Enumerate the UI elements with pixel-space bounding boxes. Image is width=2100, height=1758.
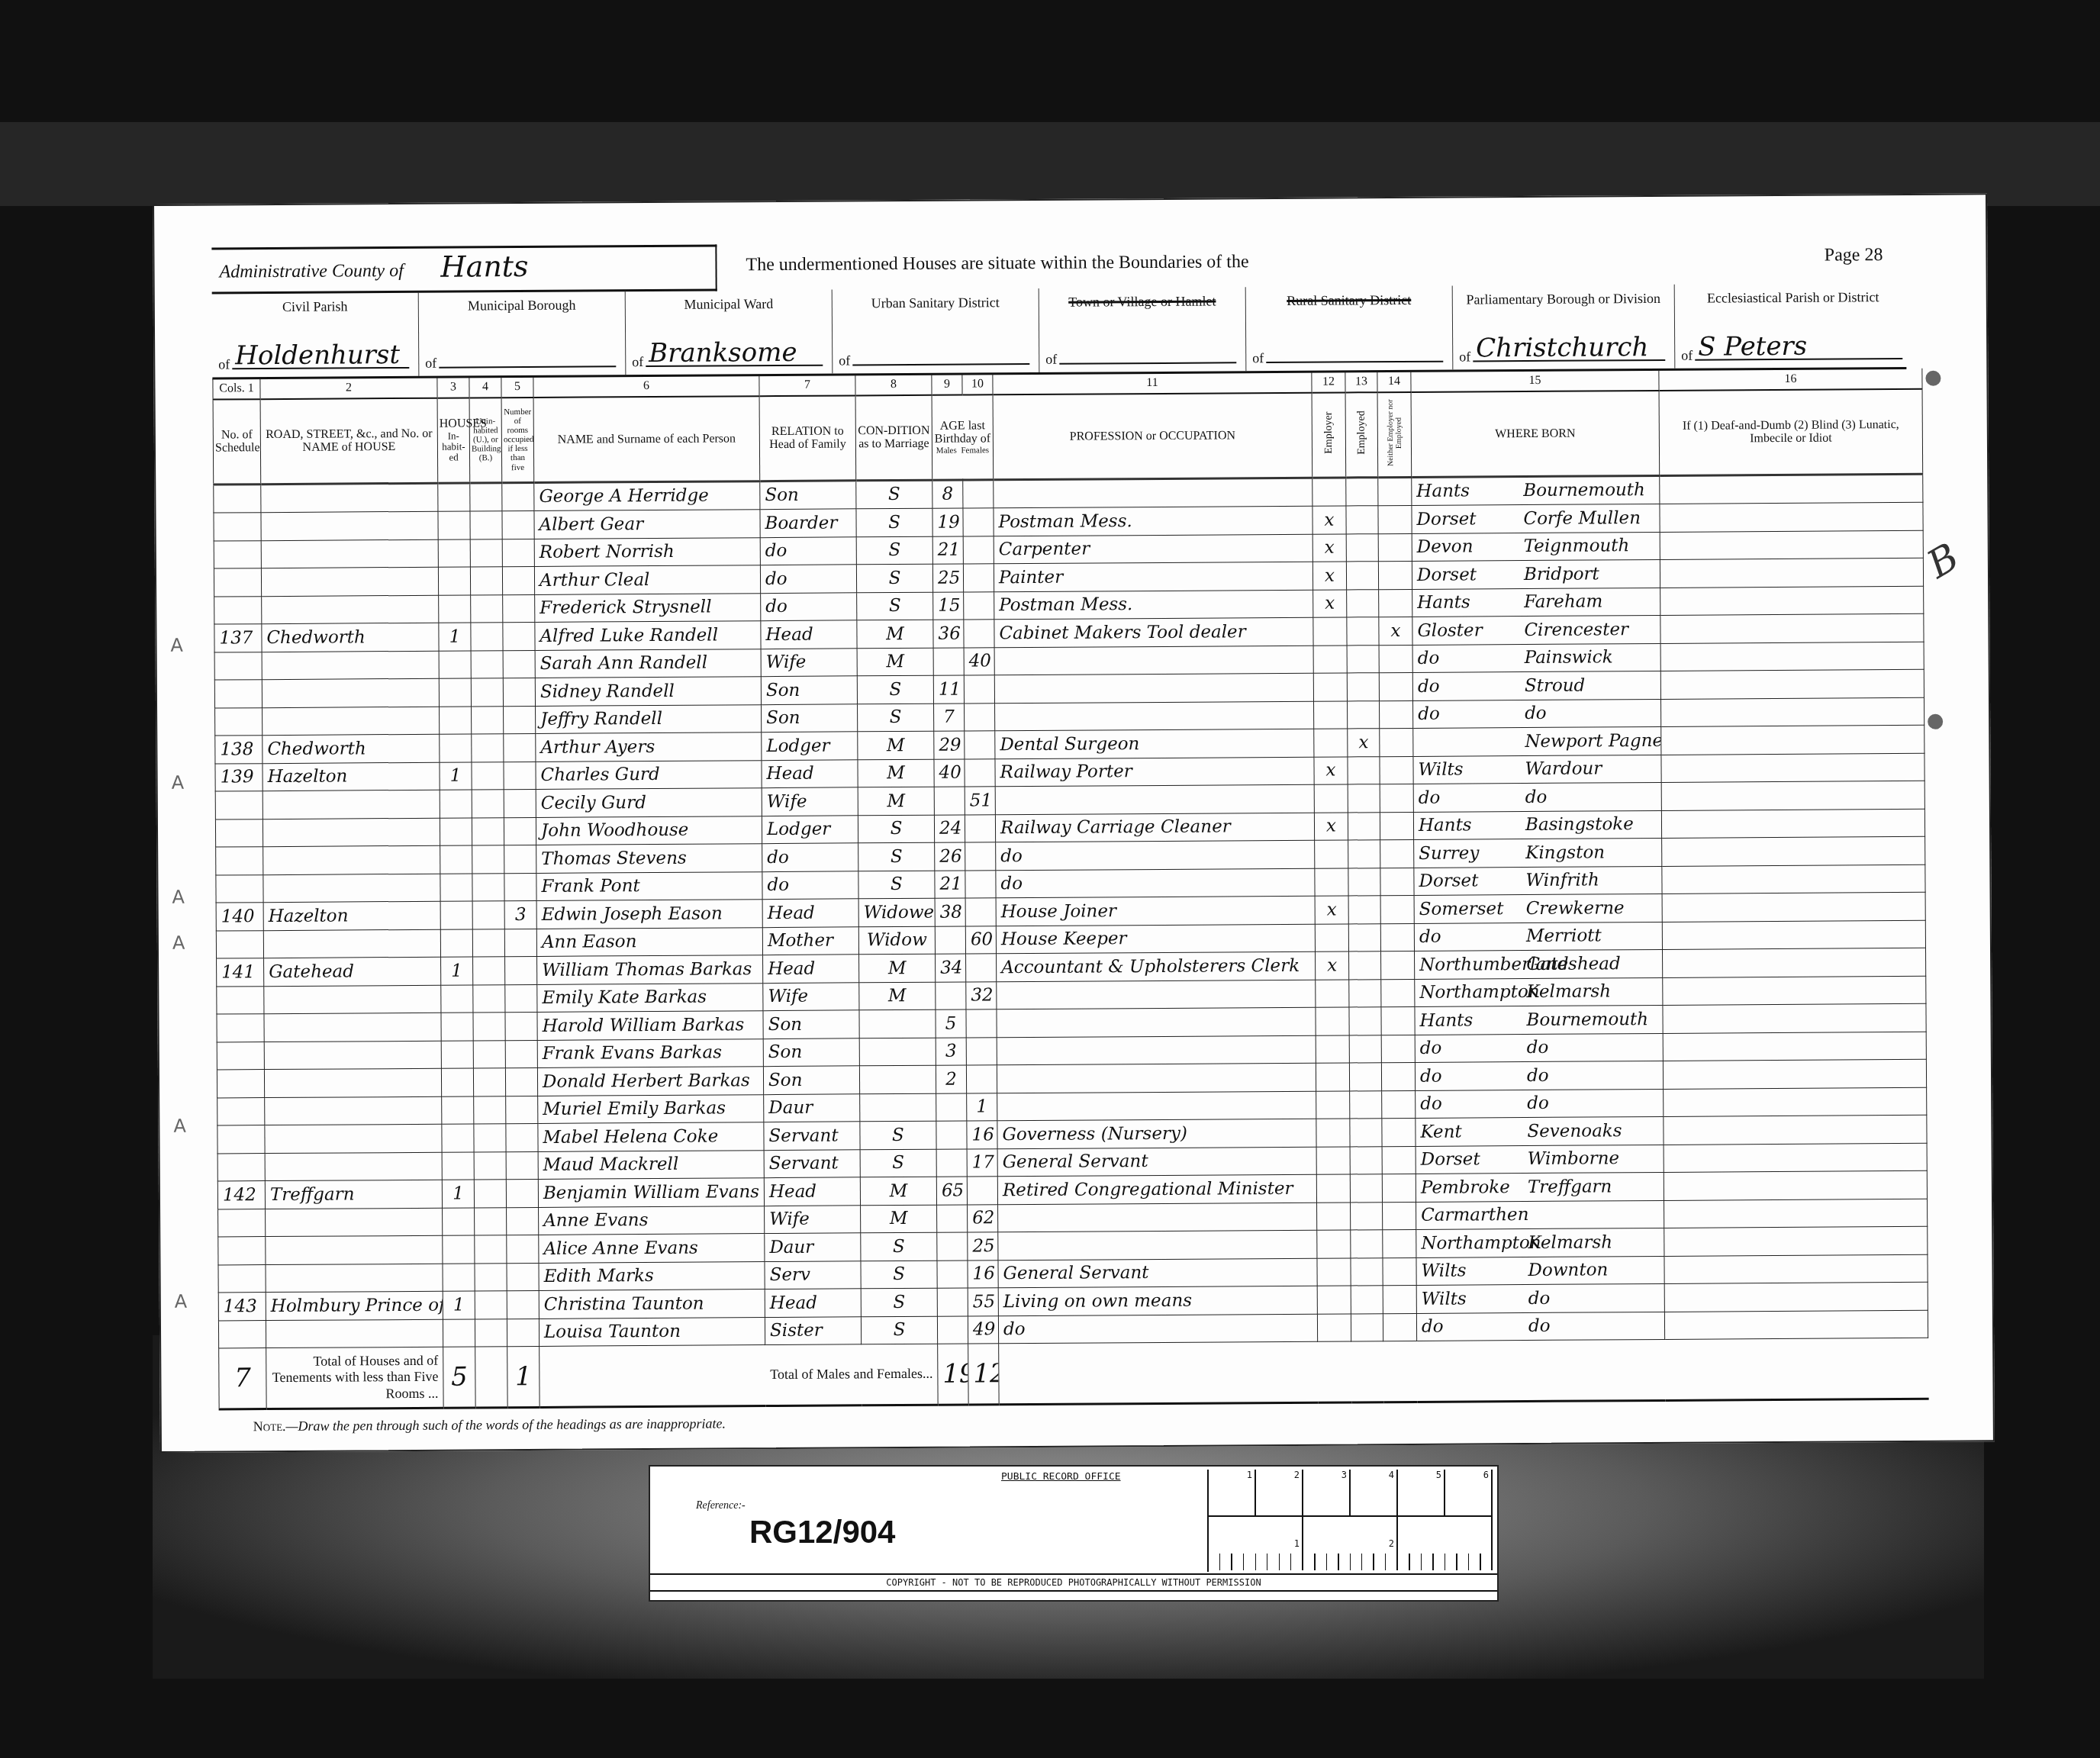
cell-address: Chedworth	[262, 623, 439, 652]
cell-rooms	[502, 567, 534, 595]
column-number: 10	[962, 374, 993, 394]
cell-relation: Wife	[763, 982, 859, 1010]
form-header: Administrative County of Hants The under…	[211, 237, 1905, 290]
cell-relation: Mother	[762, 926, 858, 955]
cell-infirmity	[1662, 920, 1925, 950]
cell-where-born: PembrokeTreffgarn	[1416, 1173, 1664, 1202]
cell-neither	[1381, 951, 1415, 980]
cell-uninhabited	[475, 1263, 507, 1291]
cell-where-born: dodo	[1413, 699, 1661, 728]
margin-mark: A	[170, 635, 183, 656]
cell-rooms	[503, 650, 535, 678]
cell-employer	[1314, 701, 1348, 729]
cell-occupation: Railway Carriage Cleaner	[995, 813, 1314, 842]
ruler-mark	[1398, 1517, 1493, 1570]
census-sheet: Administrative County of Hants The under…	[153, 193, 1995, 1453]
heading-road: ROAD, STREET, &c., and No. or NAME of HO…	[260, 398, 438, 485]
cell-employed: x	[1348, 729, 1380, 757]
cell-name: Sidney Randell	[535, 677, 761, 706]
cell-rooms	[507, 1207, 539, 1235]
cell-neither	[1382, 1090, 1416, 1119]
born-place: Cirencester	[1524, 620, 1628, 640]
cell-relation: Son	[763, 1038, 859, 1066]
cell-occupation	[997, 1007, 1316, 1037]
cell-male-age: 29	[934, 731, 965, 759]
cell-schedule: 139	[215, 763, 262, 791]
cell-condition: S	[856, 536, 932, 565]
cell-address	[262, 595, 439, 624]
born-county: Hants	[1416, 481, 1523, 501]
cell-female-age: 51	[965, 787, 995, 815]
cell-employed	[1348, 812, 1380, 840]
cell-address	[264, 1041, 441, 1070]
cell-occupation	[997, 980, 1316, 1009]
cell-infirmity	[1661, 753, 1924, 783]
cell-name: Robert Norrish	[534, 537, 760, 566]
cell-rooms	[503, 594, 535, 623]
cell-infirmity	[1664, 1199, 1928, 1228]
cell-female-age	[966, 954, 997, 982]
cell-schedule	[217, 1014, 264, 1042]
cell-infirmity	[1662, 836, 1925, 866]
cell-employer	[1314, 784, 1348, 813]
cell-inhabited	[439, 595, 471, 623]
cell-relation: Daur	[764, 1093, 860, 1122]
born-place: do	[1527, 1066, 1549, 1086]
cell-where-born: DevonTeignmouth	[1412, 532, 1660, 561]
cell-condition: S	[857, 592, 933, 620]
cell-name: George A Herridge	[534, 481, 760, 510]
district-label: Town or Village or Hamlet	[1039, 287, 1245, 310]
cell-schedule: 141	[217, 958, 264, 987]
cell-address	[264, 985, 441, 1014]
cell-condition: M	[859, 982, 936, 1010]
column-number: 13	[1345, 372, 1377, 392]
cell-rooms	[503, 623, 535, 651]
cell-neither	[1380, 868, 1414, 896]
cell-where-born: WiltsDownton	[1416, 1256, 1664, 1285]
ruler-mark: 3	[1303, 1470, 1351, 1515]
cell-female-age: 17	[967, 1148, 997, 1177]
cell-employer	[1316, 1007, 1349, 1035]
cell-female-age: 40	[964, 647, 994, 675]
cell-uninhabited	[472, 790, 504, 818]
cell-relation: Son	[763, 1010, 859, 1038]
cell-name: Harold William Barkas	[537, 1011, 763, 1040]
cell-female-age	[963, 508, 994, 536]
born-place: do	[1527, 1093, 1549, 1113]
cell-address: Gatehead	[264, 957, 441, 986]
cell-neither: x	[1379, 617, 1412, 646]
cell-address	[266, 1208, 443, 1237]
heading-rooms: Number of rooms occupied if less than fi…	[501, 398, 534, 482]
cell-rooms	[504, 790, 536, 818]
cell-employer	[1314, 729, 1348, 757]
cell-employer: x	[1312, 506, 1346, 534]
cell-inhabited	[440, 707, 472, 735]
cell-inhabited	[438, 539, 470, 568]
cell-neither	[1378, 533, 1412, 562]
cell-male-age	[937, 1316, 968, 1344]
cell-rooms	[506, 1151, 538, 1180]
cell-employer	[1313, 673, 1347, 701]
cell-occupation: Painter	[994, 562, 1312, 591]
heading-employed: Employed	[1345, 392, 1378, 477]
district-value: S Peters	[1698, 331, 1807, 362]
cell-relation: Head	[762, 899, 858, 927]
cell-name: Frank Pont	[536, 871, 762, 900]
born-county: do	[1419, 926, 1526, 947]
cell-relation: Sister	[765, 1316, 861, 1344]
cell-neither	[1383, 1202, 1416, 1230]
cell-schedule	[217, 1097, 265, 1125]
total-schedules: 7	[219, 1348, 266, 1409]
cell-inhabited	[443, 1264, 475, 1292]
cell-uninhabited	[470, 482, 502, 511]
cell-infirmity	[1664, 1310, 1928, 1340]
cell-name: William Thomas Barkas	[537, 955, 763, 984]
cell-relation: Wife	[765, 1205, 861, 1233]
cell-neither	[1380, 756, 1413, 784]
film-background-band	[0, 122, 2100, 206]
cell-name: Frederick Strysnell	[535, 593, 761, 622]
heading-age-label: AGE last Birthday of	[934, 419, 991, 446]
district-value: Holdenhurst	[235, 340, 400, 371]
cell-schedule	[218, 1264, 266, 1293]
cell-female-age	[964, 591, 994, 620]
district-of-label: of	[218, 356, 230, 372]
binding-hole-icon	[1928, 714, 1943, 729]
cell-inhabited	[442, 1096, 474, 1125]
cell-condition: S	[861, 1316, 937, 1344]
cell-employed	[1346, 533, 1378, 562]
cell-employed	[1348, 868, 1380, 896]
cell-infirmity	[1660, 530, 1923, 560]
cell-inhabited: 1	[442, 1180, 474, 1208]
heading-infirmity: If (1) Deaf-and-Dumb (2) Blind (3) Lunat…	[1659, 389, 1923, 475]
cell-female-age	[963, 479, 994, 508]
margin-mark: A	[172, 772, 185, 794]
cell-male-age: 2	[936, 1065, 966, 1093]
cell-occupation: Living on own means	[998, 1286, 1317, 1315]
born-county: Dorset	[1421, 1149, 1528, 1170]
cell-infirmity	[1660, 558, 1923, 588]
cell-where-born: dodo	[1416, 1312, 1664, 1341]
born-place: Treffgarn	[1528, 1177, 1612, 1197]
cell-rooms	[507, 1291, 539, 1319]
born-place: Fareham	[1524, 592, 1602, 613]
heading-houses: HOUSES	[440, 417, 468, 431]
born-place: Bournemouth	[1523, 480, 1645, 501]
cell-where-born: dodo	[1413, 783, 1661, 812]
cell-employed	[1349, 951, 1381, 980]
cell-condition: S	[861, 1288, 937, 1316]
note-prefix: Note.	[253, 1418, 286, 1434]
cell-address	[264, 1013, 441, 1042]
cell-rooms	[506, 1180, 538, 1208]
cell-male-age: 26	[935, 842, 965, 871]
cell-uninhabited	[473, 957, 505, 985]
cell-condition	[859, 1065, 936, 1093]
cell-name: Alice Anne Evans	[539, 1234, 765, 1263]
born-place: Wimborne	[1528, 1149, 1620, 1170]
cell-schedule: 137	[214, 624, 262, 652]
cell-infirmity	[1664, 1170, 1927, 1200]
cell-where-born: DorsetWinfrith	[1414, 866, 1662, 895]
ruler-mark: 1	[1209, 1470, 1256, 1515]
cell-infirmity	[1662, 865, 1925, 894]
cell-female-age	[966, 1065, 997, 1093]
heading-employer-label: Employer	[1322, 412, 1335, 454]
cell-rooms	[507, 1263, 539, 1291]
cell-condition: S	[856, 564, 932, 592]
cell-infirmity	[1660, 502, 1923, 532]
cell-name: Ann Eason	[536, 927, 762, 956]
cell-occupation: General Servant	[997, 1147, 1316, 1177]
heading-neither-label: Neither Employer nor Employed	[1386, 394, 1403, 471]
born-county: do	[1420, 1066, 1527, 1087]
cell-neither	[1383, 1257, 1416, 1286]
cell-rooms	[505, 1040, 537, 1068]
cell-infirmity	[1663, 1003, 1926, 1033]
cell-inhabited	[439, 651, 471, 679]
cell-infirmity	[1660, 697, 1924, 727]
cell-inhabited	[440, 901, 472, 929]
cell-uninhabited	[470, 511, 502, 539]
cell-schedule	[216, 930, 263, 958]
column-number: 8	[855, 375, 932, 396]
cell-name: Sarah Ann Randell	[535, 649, 761, 678]
heading-neither: Neither Employer nor Employed	[1377, 392, 1412, 477]
margin-mark: A	[173, 1116, 186, 1137]
born-place: do	[1525, 704, 1547, 723]
district-label: Municipal Ward	[626, 290, 832, 313]
cell-relation: do	[761, 592, 857, 620]
heading-inhabited-label: In-habit-ed	[440, 430, 468, 463]
district-town-or-village-or-hamlet: Town or Village or Hamlet of	[1039, 287, 1247, 372]
cell-schedule	[215, 819, 262, 847]
cell-name: Frank Evans Barkas	[537, 1038, 763, 1067]
total-inhabited: 5	[443, 1347, 475, 1408]
cell-employed	[1347, 617, 1379, 646]
total-persons-label: Total of Males and Females...	[539, 1344, 938, 1407]
cell-rooms	[504, 817, 536, 845]
cell-male-age	[937, 1261, 968, 1289]
column-number: 15	[1411, 370, 1659, 392]
cell-neither	[1380, 896, 1414, 924]
cell-condition: M	[857, 620, 933, 648]
born-place: do	[1528, 1316, 1551, 1336]
cell-inhabited	[441, 1041, 473, 1069]
cell-condition	[859, 1009, 936, 1038]
cell-condition: S	[860, 1149, 936, 1177]
born-county: Hants	[1419, 815, 1525, 836]
cell-occupation	[994, 646, 1313, 675]
pro-copyright-notice: COPYRIGHT - NOT TO BE REPRODUCED PHOTOGR…	[650, 1573, 1497, 1592]
heading-condition: CON-DITION as to Marriage	[855, 395, 932, 481]
cell-female-age	[966, 1037, 997, 1065]
district-line	[1266, 361, 1443, 363]
cell-employer: x	[1312, 562, 1346, 590]
born-county: Kent	[1420, 1122, 1527, 1142]
cell-employer: x	[1314, 757, 1348, 785]
cell-occupation: Dental Surgeon	[995, 729, 1314, 758]
cell-uninhabited	[470, 539, 502, 567]
district-ecclesiastical-parish-or-district: Ecclesiastical Parish or District of S P…	[1675, 283, 1912, 369]
cell-schedule	[217, 1042, 264, 1070]
cell-uninhabited	[473, 1013, 505, 1041]
born-place: do	[1525, 787, 1548, 807]
cell-male-age	[936, 982, 966, 1010]
cell-neither	[1381, 979, 1415, 1007]
cell-condition: M	[861, 1205, 937, 1233]
cell-inhabited	[440, 874, 472, 902]
cell-schedule: 138	[215, 736, 262, 764]
cell-rooms	[506, 1096, 538, 1124]
boundaries-text: The undermentioned Houses are situate wi…	[746, 252, 1248, 275]
district-label: Municipal Borough	[419, 291, 625, 314]
cell-male-age: 38	[935, 898, 965, 926]
cell-male-age: 7	[934, 704, 965, 732]
cell-schedule	[214, 513, 261, 541]
cell-where-born: dodo	[1416, 1089, 1664, 1118]
census-form: Administrative County of Hants The under…	[211, 237, 1912, 1393]
cell-inhabited: 1	[441, 957, 473, 985]
cell-relation: Wife	[761, 648, 857, 676]
cell-employed	[1350, 1090, 1382, 1119]
cell-employed	[1349, 1063, 1381, 1091]
note-text: —Draw the pen through such of the words …	[286, 1415, 726, 1434]
born-county: Carmarthen	[1421, 1205, 1528, 1225]
district-of-label: of	[632, 354, 643, 370]
cell-uninhabited	[472, 929, 504, 957]
cell-occupation: House Keeper	[996, 924, 1315, 954]
born-place: Kelmarsh	[1528, 1232, 1612, 1253]
cell-uninhabited	[475, 1207, 507, 1235]
cell-uninhabited	[474, 1180, 506, 1208]
cell-male-age: 15	[933, 592, 964, 620]
cell-inhabited	[438, 511, 470, 539]
born-place: Newport Pagnell	[1525, 731, 1661, 752]
cell-uninhabited	[472, 901, 504, 929]
born-place: Stroud	[1525, 675, 1586, 695]
cell-uninhabited	[472, 873, 504, 901]
cell-address	[265, 1152, 442, 1181]
cell-schedule: 140	[216, 903, 263, 931]
born-county: Hants	[1417, 592, 1524, 613]
cell-inhabited	[441, 1013, 473, 1041]
cell-address	[261, 511, 438, 540]
cell-address: Holmbury Prince of Wales Rd	[266, 1291, 443, 1320]
heading-inhabited: HOUSESIn-habit-ed	[437, 398, 470, 482]
district-municipal-ward: Municipal Ward of Branksome	[626, 290, 833, 375]
cell-address: Chedworth	[262, 734, 440, 763]
ruler-top-scale: 123456	[1209, 1470, 1493, 1517]
cell-inhabited	[440, 929, 472, 958]
cell-address	[266, 1235, 443, 1264]
cell-rooms	[505, 957, 537, 985]
cell-employer	[1313, 617, 1347, 646]
cell-rooms	[503, 678, 535, 707]
cell-occupation: do	[996, 868, 1315, 898]
cell-where-born: DorsetWimborne	[1416, 1145, 1664, 1174]
cell-infirmity	[1660, 613, 1924, 643]
cell-infirmity	[1663, 976, 1926, 1006]
census-table: Cols. 12345678910111213141516 No. of Sch…	[212, 369, 1928, 1411]
cell-employer	[1316, 1119, 1350, 1147]
cell-rooms	[507, 1318, 539, 1347]
cell-employer	[1317, 1258, 1351, 1286]
cell-male-age	[937, 1232, 968, 1261]
cell-employer	[1312, 478, 1346, 507]
cell-rooms	[505, 1068, 537, 1096]
born-county: do	[1418, 676, 1525, 697]
pro-reference-label: Reference:-	[696, 1500, 746, 1512]
district-municipal-borough: Municipal Borough of	[419, 291, 626, 376]
cell-name: Edith Marks	[539, 1261, 765, 1290]
cell-rooms	[505, 984, 537, 1013]
cell-where-born: NorthumberlandGateshead	[1415, 950, 1663, 979]
born-place: Painswick	[1525, 648, 1613, 668]
district-of-label: of	[1459, 349, 1470, 365]
cell-where-born: NorthamptonKelmarsh	[1416, 1228, 1664, 1257]
column-number: 14	[1377, 372, 1411, 392]
cell-relation: do	[760, 536, 856, 565]
cell-uninhabited	[472, 761, 504, 790]
born-place: do	[1527, 1038, 1549, 1058]
heading-occupation: PROFESSION or OCCUPATION	[993, 393, 1312, 480]
cell-rooms	[502, 539, 534, 567]
cell-infirmity	[1664, 1226, 1928, 1256]
cell-employer	[1316, 980, 1349, 1008]
cell-male-age: 21	[932, 536, 963, 565]
cell-inhabited	[440, 790, 472, 818]
margin-mark: A	[172, 932, 185, 954]
cell-address: Hazelton	[263, 901, 440, 930]
born-place: do	[1528, 1289, 1551, 1309]
cell-address	[266, 1264, 443, 1293]
cell-rooms	[504, 845, 536, 874]
cell-occupation: Railway Porter	[995, 757, 1314, 787]
cell-schedule	[216, 847, 263, 875]
born-county: do	[1422, 1316, 1528, 1337]
born-county: Dorset	[1417, 565, 1524, 585]
cell-relation: Servant	[764, 1149, 860, 1177]
cell-relation: Lodger	[762, 815, 858, 843]
cell-condition: S	[858, 815, 934, 843]
margin-mark: A	[175, 1291, 188, 1312]
cell-schedule	[218, 1320, 266, 1348]
cell-relation: Daur	[765, 1233, 861, 1261]
cell-uninhabited	[475, 1291, 507, 1319]
cell-inhabited	[440, 818, 472, 846]
cell-female-age	[966, 1009, 997, 1038]
cell-employed	[1350, 1119, 1382, 1147]
cell-uninhabited	[473, 1068, 505, 1096]
born-place: Basingstoke	[1525, 815, 1634, 836]
cell-inhabited: 1	[443, 1291, 475, 1319]
ruler-mark: 2	[1256, 1470, 1303, 1515]
cell-female-age	[967, 1177, 997, 1205]
born-place: Bournemouth	[1526, 1009, 1648, 1030]
district-line	[439, 365, 616, 368]
heading-name: NAME and Surname of each Person	[533, 396, 760, 482]
cell-address	[263, 874, 440, 903]
cell-neither	[1380, 729, 1413, 757]
cell-condition	[860, 1093, 936, 1122]
district-of-label: of	[1045, 352, 1057, 368]
cell-relation: Son	[761, 676, 857, 704]
